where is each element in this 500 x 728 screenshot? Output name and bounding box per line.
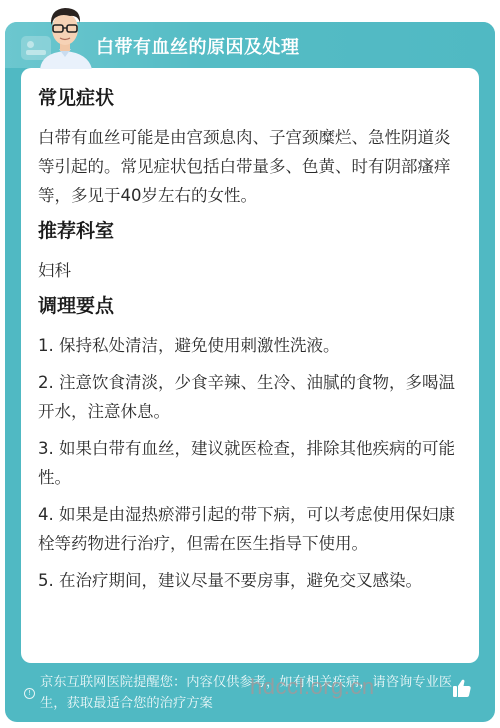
list-item: 1. 保持私处清洁，避免使用刺激性洗液。 [38,331,463,360]
info-circle-icon: ! [24,688,35,699]
thumbs-up-icon[interactable] [452,678,472,698]
list-item: 5. 在治疗期间，建议尽量不要房事，避免交叉感染。 [38,566,463,595]
list-item: 3. 如果白带有血丝，建议就医检查，排除其他疾病的可能性。 [38,434,463,492]
disclaimer-text: 京东互联网医院提醒您：内容仅供参考，如有相关疾病，请咨询专业医生，获取最适合您的… [40,672,458,714]
list-item: 4. 如果是由湿热瘀滞引起的带下病，可以考虑使用保妇康栓等药物进行治疗，但需在医… [38,500,463,558]
page-title: 白带有血丝的原因及处理 [96,33,300,59]
section-title-department: 推荐科室 [38,219,463,243]
care-list: 1. 保持私处清洁，避免使用刺激性洗液。 2. 注意饮食清淡，少食辛辣、生冷、油… [38,331,463,595]
symptoms-text: 白带有血丝可能是由宫颈息肉、子宫颈糜烂、急性阴道炎等引起的。常见症状包括白带量多… [38,123,463,210]
department-text: 妇科 [38,256,463,285]
list-item: 2. 注意饮食清淡，少食辛辣、生冷、油腻的食物，多喝温开水，注意休息。 [38,368,463,426]
doctor-avatar [34,3,96,69]
section-title-care: 调理要点 [38,294,463,318]
section-title-symptoms: 常见症状 [38,86,463,110]
watermark: hdccl.org.cn [250,674,375,700]
content-card: 常见症状 白带有血丝可能是由宫颈息肉、子宫颈糜烂、急性阴道炎等引起的。常见症状包… [21,68,479,663]
